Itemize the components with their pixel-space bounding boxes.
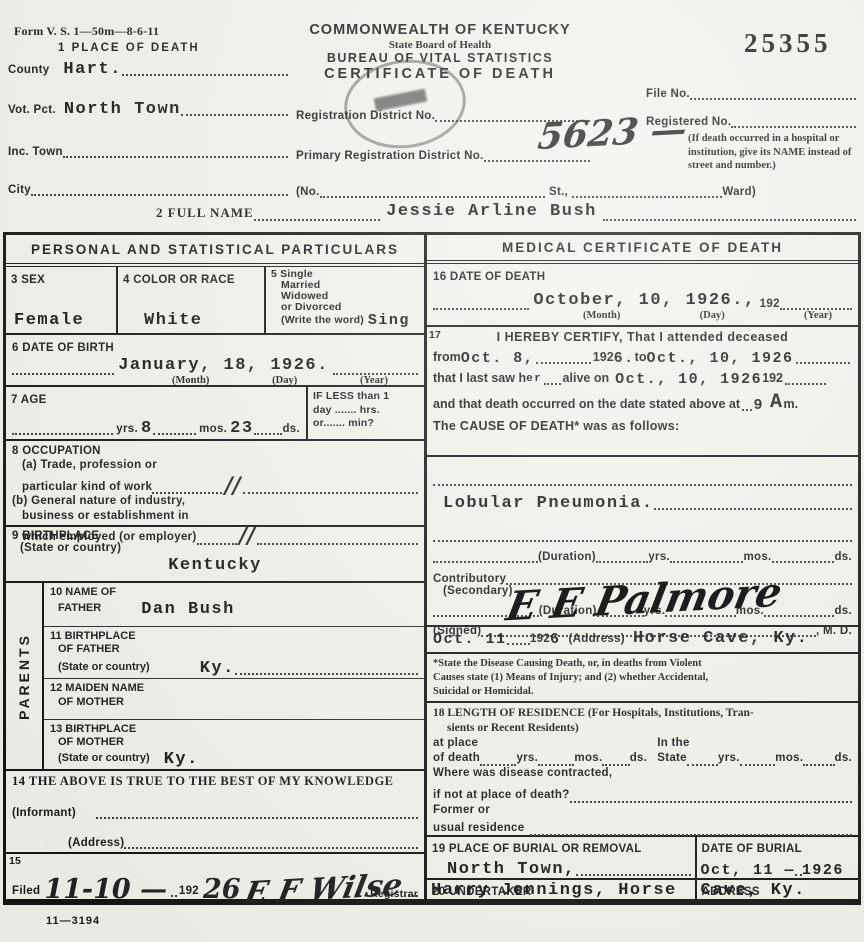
sex-race-marital-row: 3 SEX Female 4 COLOR OR RACE White 5 Sin… [6, 267, 424, 335]
signed-address-value: Horse Cave, Ky. [633, 629, 809, 648]
certify-saw-text1: that I last saw h [433, 371, 526, 385]
res-mos-1: mos. [574, 751, 602, 766]
certify-line-1: I HEREBY CERTIFY, That I attended deceas… [433, 330, 852, 344]
hospital-note: (If death occurred in a hospital or inst… [688, 132, 860, 173]
at-place-label1: at place [433, 736, 647, 751]
age-yrs-label: yrs. [116, 423, 138, 435]
parents-block: PARENTS 10 NAME OF FATHER Dan Bush 11 BI… [6, 583, 424, 771]
county-line [122, 58, 288, 76]
dod-month-caption: (Month) [583, 310, 620, 321]
age-line-c [254, 417, 283, 435]
street-no-line [320, 180, 545, 198]
filed-year-prefix: 192 [179, 885, 199, 897]
contracted-label-2: if not at place of death? [433, 788, 570, 803]
filed-number: 15 [9, 855, 21, 867]
cause-value: Lobular Pneumonia. [443, 494, 654, 513]
duration1-dots-c [670, 550, 743, 564]
certify-saw-row: that I last saw her alive on Oct., 10, 1… [433, 370, 852, 385]
certify-occurred-text: and that death occurred on the date stat… [433, 397, 740, 411]
filed-date-value: 11-10 — [44, 874, 167, 905]
former-dots [530, 818, 852, 836]
cause-dots-2 [654, 492, 852, 510]
attest-label: 14 THE ABOVE IS TRUE TO THE BEST OF MY K… [12, 774, 418, 789]
certify-dots-c [544, 370, 560, 385]
medical-column: MEDICAL CERTIFICATE OF DEATH 16 DATE OF … [427, 235, 858, 902]
informant-address-dots [124, 831, 418, 849]
mother-maiden-label2: OF MOTHER [50, 696, 418, 710]
filed-cell: 15 Filed 11-10 — 192 26 E F Wilse Regist… [6, 854, 424, 902]
certify-dots-b [796, 350, 851, 365]
certify-to-date: Oct., 10, 1926 [646, 350, 793, 367]
residence-duration-row: at place of death yrs. mos. ds. In the [433, 736, 852, 766]
full-name-value: Jessie Arline Bush [386, 202, 597, 221]
dob-year-caption: (Year) [360, 375, 388, 386]
former-label-2: usual residence [433, 821, 524, 836]
certify-number: 17 [429, 329, 441, 341]
dob-month-caption: (Month) [172, 375, 209, 386]
registrar-label: Registrar [370, 888, 418, 900]
contracted-dots [570, 785, 852, 803]
mother-bp-label1: 13 BIRTHPLACE [50, 723, 418, 737]
dob-line-b [333, 357, 418, 375]
mother-maiden-label1: 12 MAIDEN NAME [50, 682, 418, 696]
contracted-label-1: Where was disease contracted, [433, 766, 852, 781]
signed-date-value: Oct. 11 [433, 631, 507, 648]
cause-cell: Lobular Pneumonia. (Duration) yrs. mos. … [427, 457, 858, 627]
father-birthplace-cell: 11 BIRTHPLACE OF FATHER (State or countr… [44, 627, 424, 680]
filed-label: Filed [12, 885, 40, 897]
duration-row-1: (Duration) yrs. mos. ds. [433, 550, 852, 564]
dob-cell: 6 DATE OF BIRTH January, 18, 1926. (Mont… [6, 335, 424, 387]
filed-dots-a [171, 879, 177, 897]
duration1-dots-a [433, 550, 538, 564]
dod-value: October, 10, 1926., [533, 291, 755, 310]
age-row: 7 AGE yrs. 8 mos. 23 ds. IF LESS than 1 … [6, 387, 424, 441]
certify-saw-year-prefix: 192 [762, 371, 783, 385]
burial-date-dots [795, 858, 802, 876]
sex-label: 3 SEX [11, 274, 45, 286]
occupation-a-line-dots2 [243, 476, 418, 494]
precinct-label: Vot. Pct. [8, 104, 56, 116]
signed-year-prefix: 192 [530, 633, 550, 645]
duration1-dots-d [772, 550, 835, 564]
registered-no-label: Registered No. [646, 116, 731, 128]
registered-no-line [731, 110, 856, 128]
dob-line-a [12, 357, 114, 375]
informant-dots [96, 801, 418, 819]
mother-maiden-cell: 12 MAIDEN NAME OF MOTHER [44, 679, 424, 719]
father-name-cell: 10 NAME OF FATHER Dan Bush [44, 583, 424, 627]
county-label: County [8, 64, 49, 76]
res-ds-1: ds. [630, 751, 648, 766]
full-name-line-a [254, 203, 381, 221]
cause-footnote: *State the Disease Causing Death, or, in… [427, 654, 858, 703]
informant-address-label: (Address) [68, 837, 124, 849]
occupation-b-line2: business or establishment in [12, 509, 418, 523]
reg-district-label: Registration District No. [296, 110, 435, 122]
age-ds-value: 23 [230, 419, 253, 438]
cause-intro: The CAUSE OF DEATH* was as follows: [433, 419, 852, 433]
certify-to-label: to [635, 350, 647, 364]
father-name-value: Dan Bush [141, 600, 235, 619]
inc-town-line [63, 140, 288, 158]
marital-value: Sing [368, 313, 410, 329]
registered-no-row: Registered No. [646, 110, 856, 128]
certify-from-label: from [433, 350, 461, 364]
residence-label-2: sients or Recent Residents) [433, 721, 852, 736]
footnote-line-3: Suicidal or Homicidal. [433, 685, 852, 699]
undertaker-address-value: Cave, Ky. [701, 881, 806, 900]
certify-ampm: A [770, 391, 784, 414]
dod-cell: 16 DATE OF DEATH October, 10, 1926., 192… [427, 264, 858, 326]
cause-dots-1 [433, 468, 852, 486]
dod-day-caption: (Day) [700, 310, 725, 321]
birthplace-sublabel: (State or country) [12, 542, 418, 554]
age-line-a [12, 417, 113, 435]
precinct-line [181, 98, 288, 116]
father-bp-value: Ky. [200, 659, 235, 678]
res-ds-2: ds. [835, 751, 853, 766]
res-dots-a [480, 752, 516, 766]
header-zone: Form V. S. 1—50m—8-6-11 1 PLACE OF DEATH… [0, 0, 864, 232]
certify-from-date: Oct. 8, [461, 350, 535, 367]
father-bp-label3: (State or country) [50, 661, 150, 675]
birthplace-value: Kentucky [12, 556, 418, 575]
duration1-label: (Duration) [538, 551, 596, 563]
main-table: PERSONAL AND STATISTICAL PARTICULARS 3 S… [3, 232, 861, 905]
attest-cell: 14 THE ABOVE IS TRUE TO THE BEST OF MY K… [6, 771, 424, 854]
residence-label-1: 18 LENGTH OF RESIDENCE (For Hospitals, I… [433, 706, 852, 721]
at-place-label2: of death [433, 751, 480, 766]
burial-place-dots [576, 858, 691, 876]
contributory-label1: Contributory [433, 573, 506, 585]
occupation-a-line2: particular kind of work [12, 480, 152, 494]
death-certificate-scan: Form V. S. 1—50m—8-6-11 1 PLACE OF DEATH… [0, 0, 864, 942]
burial-date-value: Oct, 11 — [701, 862, 796, 879]
file-no-row: File No. [646, 82, 856, 100]
race-value: White [144, 311, 203, 330]
certify-saw-date: Oct., 10, 1926 [615, 371, 762, 388]
duration1-dots-b [596, 550, 648, 564]
dod-year-prefix: 192 [760, 298, 780, 310]
precinct-value: North Town [64, 100, 181, 119]
certify-from-row: from Oct. 8, 192 6. to Oct., 10, 1926 [433, 350, 852, 365]
father-name-label2: FATHER [50, 602, 101, 616]
occupation-a-line-dots1 [152, 476, 222, 494]
footnote-line-1: *State the Disease Causing Death, or, in… [433, 657, 852, 671]
res-yrs-2: yrs. [718, 751, 740, 766]
dod-line-b [780, 292, 852, 310]
if-less-line-1: IF LESS than 1 [313, 390, 419, 404]
if-less-line-2: day ....... hrs. [313, 404, 419, 418]
mother-birthplace-cell: 13 BIRTHPLACE OF MOTHER (State or countr… [44, 720, 424, 770]
form-number: Form V. S. 1—50m—8-6-11 [14, 24, 159, 39]
father-bp-label1: 11 BIRTHPLACE [50, 630, 418, 644]
burial-row: 19 PLACE OF BURIAL OR REMOVAL North Town… [427, 837, 858, 880]
file-no-line [690, 82, 856, 100]
duration1-mos: mos. [743, 551, 771, 563]
in-the-label1: In the [657, 736, 852, 751]
informant-label: (Informant) [12, 807, 76, 819]
footnote-line-2: Causes state (1) Means of Injury; and (2… [433, 671, 852, 685]
occupation-b-line1: (b) General nature of industry, [12, 494, 418, 508]
duration1-yrs: yrs. [648, 551, 670, 563]
signed-year-value: 6 [550, 631, 561, 648]
certify-saw-er: er [526, 373, 542, 385]
age-mos-label: mos. [199, 423, 227, 435]
mother-bp-label2: OF MOTHER [50, 736, 418, 750]
dob-value: January, 18, 1926. [118, 356, 329, 375]
primary-district-label: Primary Registration District No. [296, 150, 484, 162]
occupation-a-line1: (a) Trade, profession or [12, 458, 418, 472]
former-label-1: Former or [433, 803, 852, 818]
occupation-label: 8 OCCUPATION [12, 444, 418, 458]
county-value: Hart. [63, 60, 122, 79]
certificate-serial: 25355 [744, 28, 832, 59]
sex-value: Female [14, 311, 84, 330]
occupation-cell: 8 OCCUPATION (a) Trade, profession or pa… [6, 441, 424, 527]
commonwealth-title: COMMONWEALTH OF KENTUCKY [290, 22, 590, 39]
certify-hour: 9 [754, 397, 765, 414]
bureau-subtitle: BUREAU OF VITAL STATISTICS [290, 51, 590, 65]
occupation-a-value: // [224, 473, 240, 501]
street-row: (No. St., Ward) [296, 180, 756, 198]
res-dots-d [687, 752, 718, 766]
full-name-row: 2 FULL NAME Jessie Arline Bush [156, 202, 856, 221]
street-ward-label: Ward) [722, 186, 756, 198]
age-mos-value: 8 [141, 419, 153, 438]
precinct-row: Vot. Pct. North Town [8, 98, 288, 116]
certify-m-label: m. [784, 397, 799, 411]
medical-section-title: MEDICAL CERTIFICATE OF DEATH [427, 235, 858, 264]
form-plate-number: 11—3194 [46, 915, 100, 927]
street-st-label: St., [549, 186, 568, 198]
certify-cell: 17 I HEREBY CERTIFY, That I attended dec… [427, 327, 858, 457]
certify-from-year: 6. [614, 350, 635, 367]
dod-year-caption: (Year) [804, 310, 832, 321]
undertaker-row: 20 UNDERTAKER Harry Jennings, Horse ADDR… [427, 880, 858, 902]
age-ds-label: ds. [282, 423, 300, 435]
res-mos-2: mos. [775, 751, 803, 766]
dob-day-caption: (Day) [272, 375, 297, 386]
if-less-line-3: or....... min? [313, 417, 419, 431]
board-subtitle: State Board of Health [290, 39, 590, 52]
full-name-label: 2 FULL NAME [156, 205, 254, 221]
inc-town-row: Inc. Town [8, 140, 288, 158]
filed-year-hand: 26 [203, 874, 241, 905]
res-yrs-1: yrs. [516, 751, 538, 766]
certify-occurred-row: and that death occurred on the date stat… [433, 391, 852, 411]
parents-strip: PARENTS [6, 583, 44, 769]
birthplace-label: 9 BIRTHPLACE [12, 530, 418, 542]
dod-label: 16 DATE OF DEATH [433, 271, 545, 283]
street-no-label: (No. [296, 186, 320, 198]
personal-column: PERSONAL AND STATISTICAL PARTICULARS 3 S… [6, 235, 427, 902]
father-bp-dots [235, 657, 418, 675]
cause-dots-3 [433, 524, 852, 542]
mother-bp-label3: (State or country) [50, 752, 150, 766]
parents-label: PARENTS [16, 633, 32, 720]
signed-address-label: (Address) [569, 633, 625, 645]
race-label: 4 COLOR OR RACE [123, 274, 235, 286]
age-label: 7 AGE [11, 394, 47, 406]
place-of-death-label: 1 PLACE OF DEATH [58, 42, 200, 54]
res-dots-b [538, 752, 574, 766]
inc-town-label: Inc. Town [8, 146, 63, 158]
duration1-ds: ds. [834, 551, 852, 563]
res-dots-f [803, 752, 834, 766]
certify-dots-e [742, 396, 752, 411]
burial-year-value: 1926 [802, 862, 844, 879]
full-name-line-b [603, 203, 856, 221]
marital-label-5: (Write the word) [271, 315, 364, 326]
undertaker-value: Harry Jennings, Horse [431, 881, 677, 900]
file-no-label: File No. [646, 88, 690, 100]
res-dots-c [602, 752, 629, 766]
county-row: County Hart. [8, 58, 288, 76]
city-row: City [8, 178, 288, 196]
dob-label: 6 DATE OF BIRTH [12, 342, 114, 354]
mother-bp-value: Ky. [164, 750, 199, 769]
burial-place-value: North Town, [447, 860, 576, 879]
age-line-b [153, 417, 196, 435]
certify-dots-d [785, 370, 826, 385]
burial-date-label: DATE OF BURIAL [702, 843, 802, 855]
street-ward-line [572, 180, 722, 198]
father-name-label1: 10 NAME OF [50, 586, 418, 600]
res-dots-e [740, 752, 776, 766]
certify-saw-text2: alive on [563, 371, 610, 385]
city-line [31, 178, 288, 196]
signed-date-row: Oct. 11 192 6 (Address) Horse Cave, Ky. [427, 627, 858, 655]
certify-dots-a [536, 350, 591, 365]
birthplace-cell: 9 BIRTHPLACE (State or country) Kentucky [6, 527, 424, 583]
father-bp-label2: OF FATHER [50, 643, 418, 657]
residence-cell: 18 LENGTH OF RESIDENCE (For Hospitals, I… [427, 703, 858, 837]
in-the-label2: State [657, 751, 687, 766]
personal-section-title: PERSONAL AND STATISTICAL PARTICULARS [6, 235, 424, 267]
certify-from-year-prefix: 192 [593, 350, 614, 364]
city-label: City [8, 184, 31, 196]
dod-line-a [433, 292, 529, 310]
duration2-ds: ds. [834, 605, 852, 617]
burial-place-label: 19 PLACE OF BURIAL OR REMOVAL [432, 843, 642, 855]
